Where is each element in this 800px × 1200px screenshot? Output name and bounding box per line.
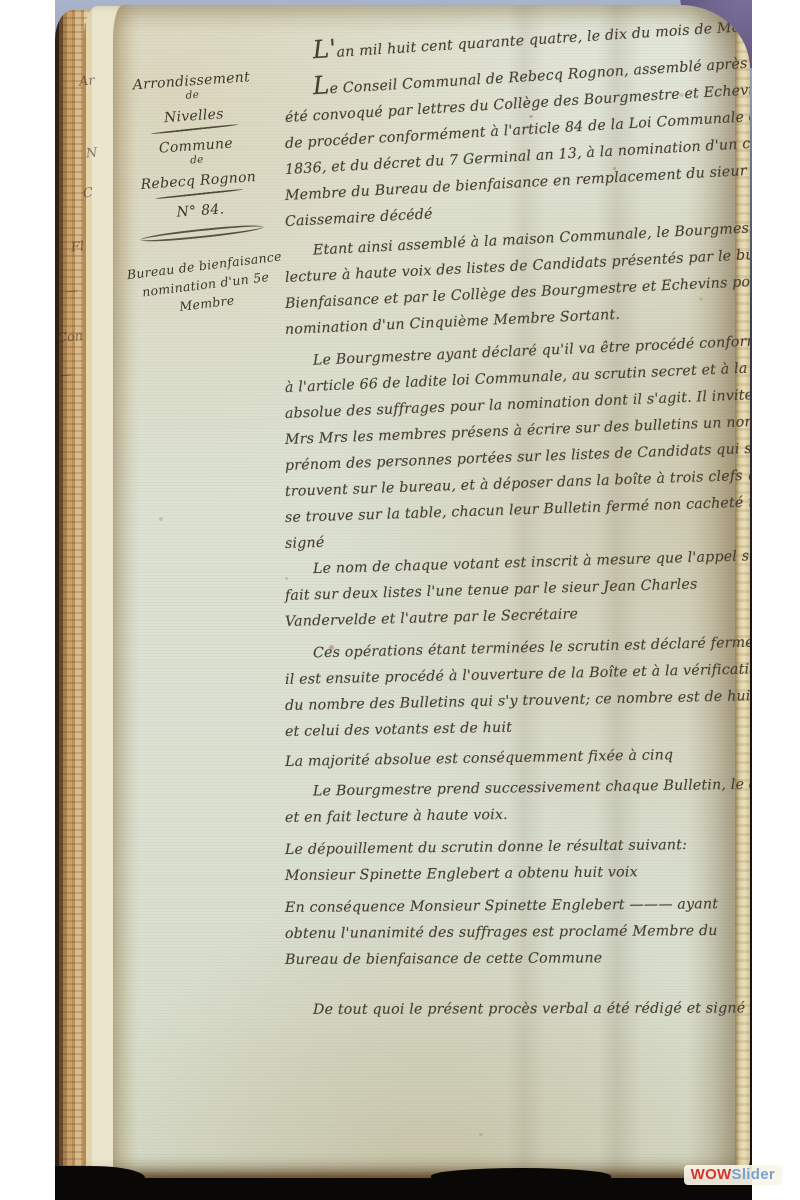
manuscript-body: L'an mil huit cent quarante quatre, le d… [285, 43, 745, 1023]
margin-note-line: Nivelles [113, 103, 274, 130]
manuscript-line: En conséquence Monsieur Spinette Englebe… [285, 891, 745, 921]
screenshot-canvas: ArNCFl—Con— ArrondissementdeNivellesComm… [0, 0, 800, 1200]
manuscript-line: et en fait lecture à haute voix. [285, 799, 745, 831]
wowslider-watermark[interactable]: WOWSlider [684, 1165, 782, 1185]
ghost-text-fragment: Con [56, 329, 84, 347]
margin-annotations: ArrondissementdeNivellesCommunedeRebecq … [113, 60, 288, 321]
manuscript-line: Monsieur Spinette Englebert a obtenu hui… [285, 858, 745, 889]
ghost-text-fragment: Ar [78, 73, 95, 90]
manuscript-line: Bureau de bienfaisance de cette Commune [285, 945, 745, 973]
ghost-text-fragment: N [85, 145, 98, 161]
desk-shadow [55, 1178, 752, 1200]
margin-note-line: Rebecq Rognon [118, 167, 279, 194]
register-page: ArrondissementdeNivellesCommunedeRebecq … [113, 5, 750, 1181]
ghost-text-fragment: — [64, 283, 77, 299]
margin-note-line: N° 84. [120, 197, 281, 224]
watermark-wow-label: WOW [691, 1166, 732, 1183]
manuscript-line: De tout quoi le présent procès verbal a … [285, 995, 745, 1023]
ghost-text-fragment: Fl [70, 239, 85, 255]
manuscript-photo: ArNCFl—Con— ArrondissementdeNivellesComm… [55, 0, 752, 1200]
margin-note-line [140, 222, 264, 244]
watermark-slider-label: Slider [732, 1166, 775, 1183]
stain-spot [479, 1133, 483, 1136]
manuscript-line: obtenu l'unanimité des suffrages est pro… [285, 918, 745, 947]
ghost-text-fragment: C [82, 186, 93, 202]
ghost-text-fragment: — [58, 367, 71, 383]
manuscript-line: La majorité absolue est conséquemment fi… [285, 741, 745, 775]
stain-spot [159, 517, 163, 521]
